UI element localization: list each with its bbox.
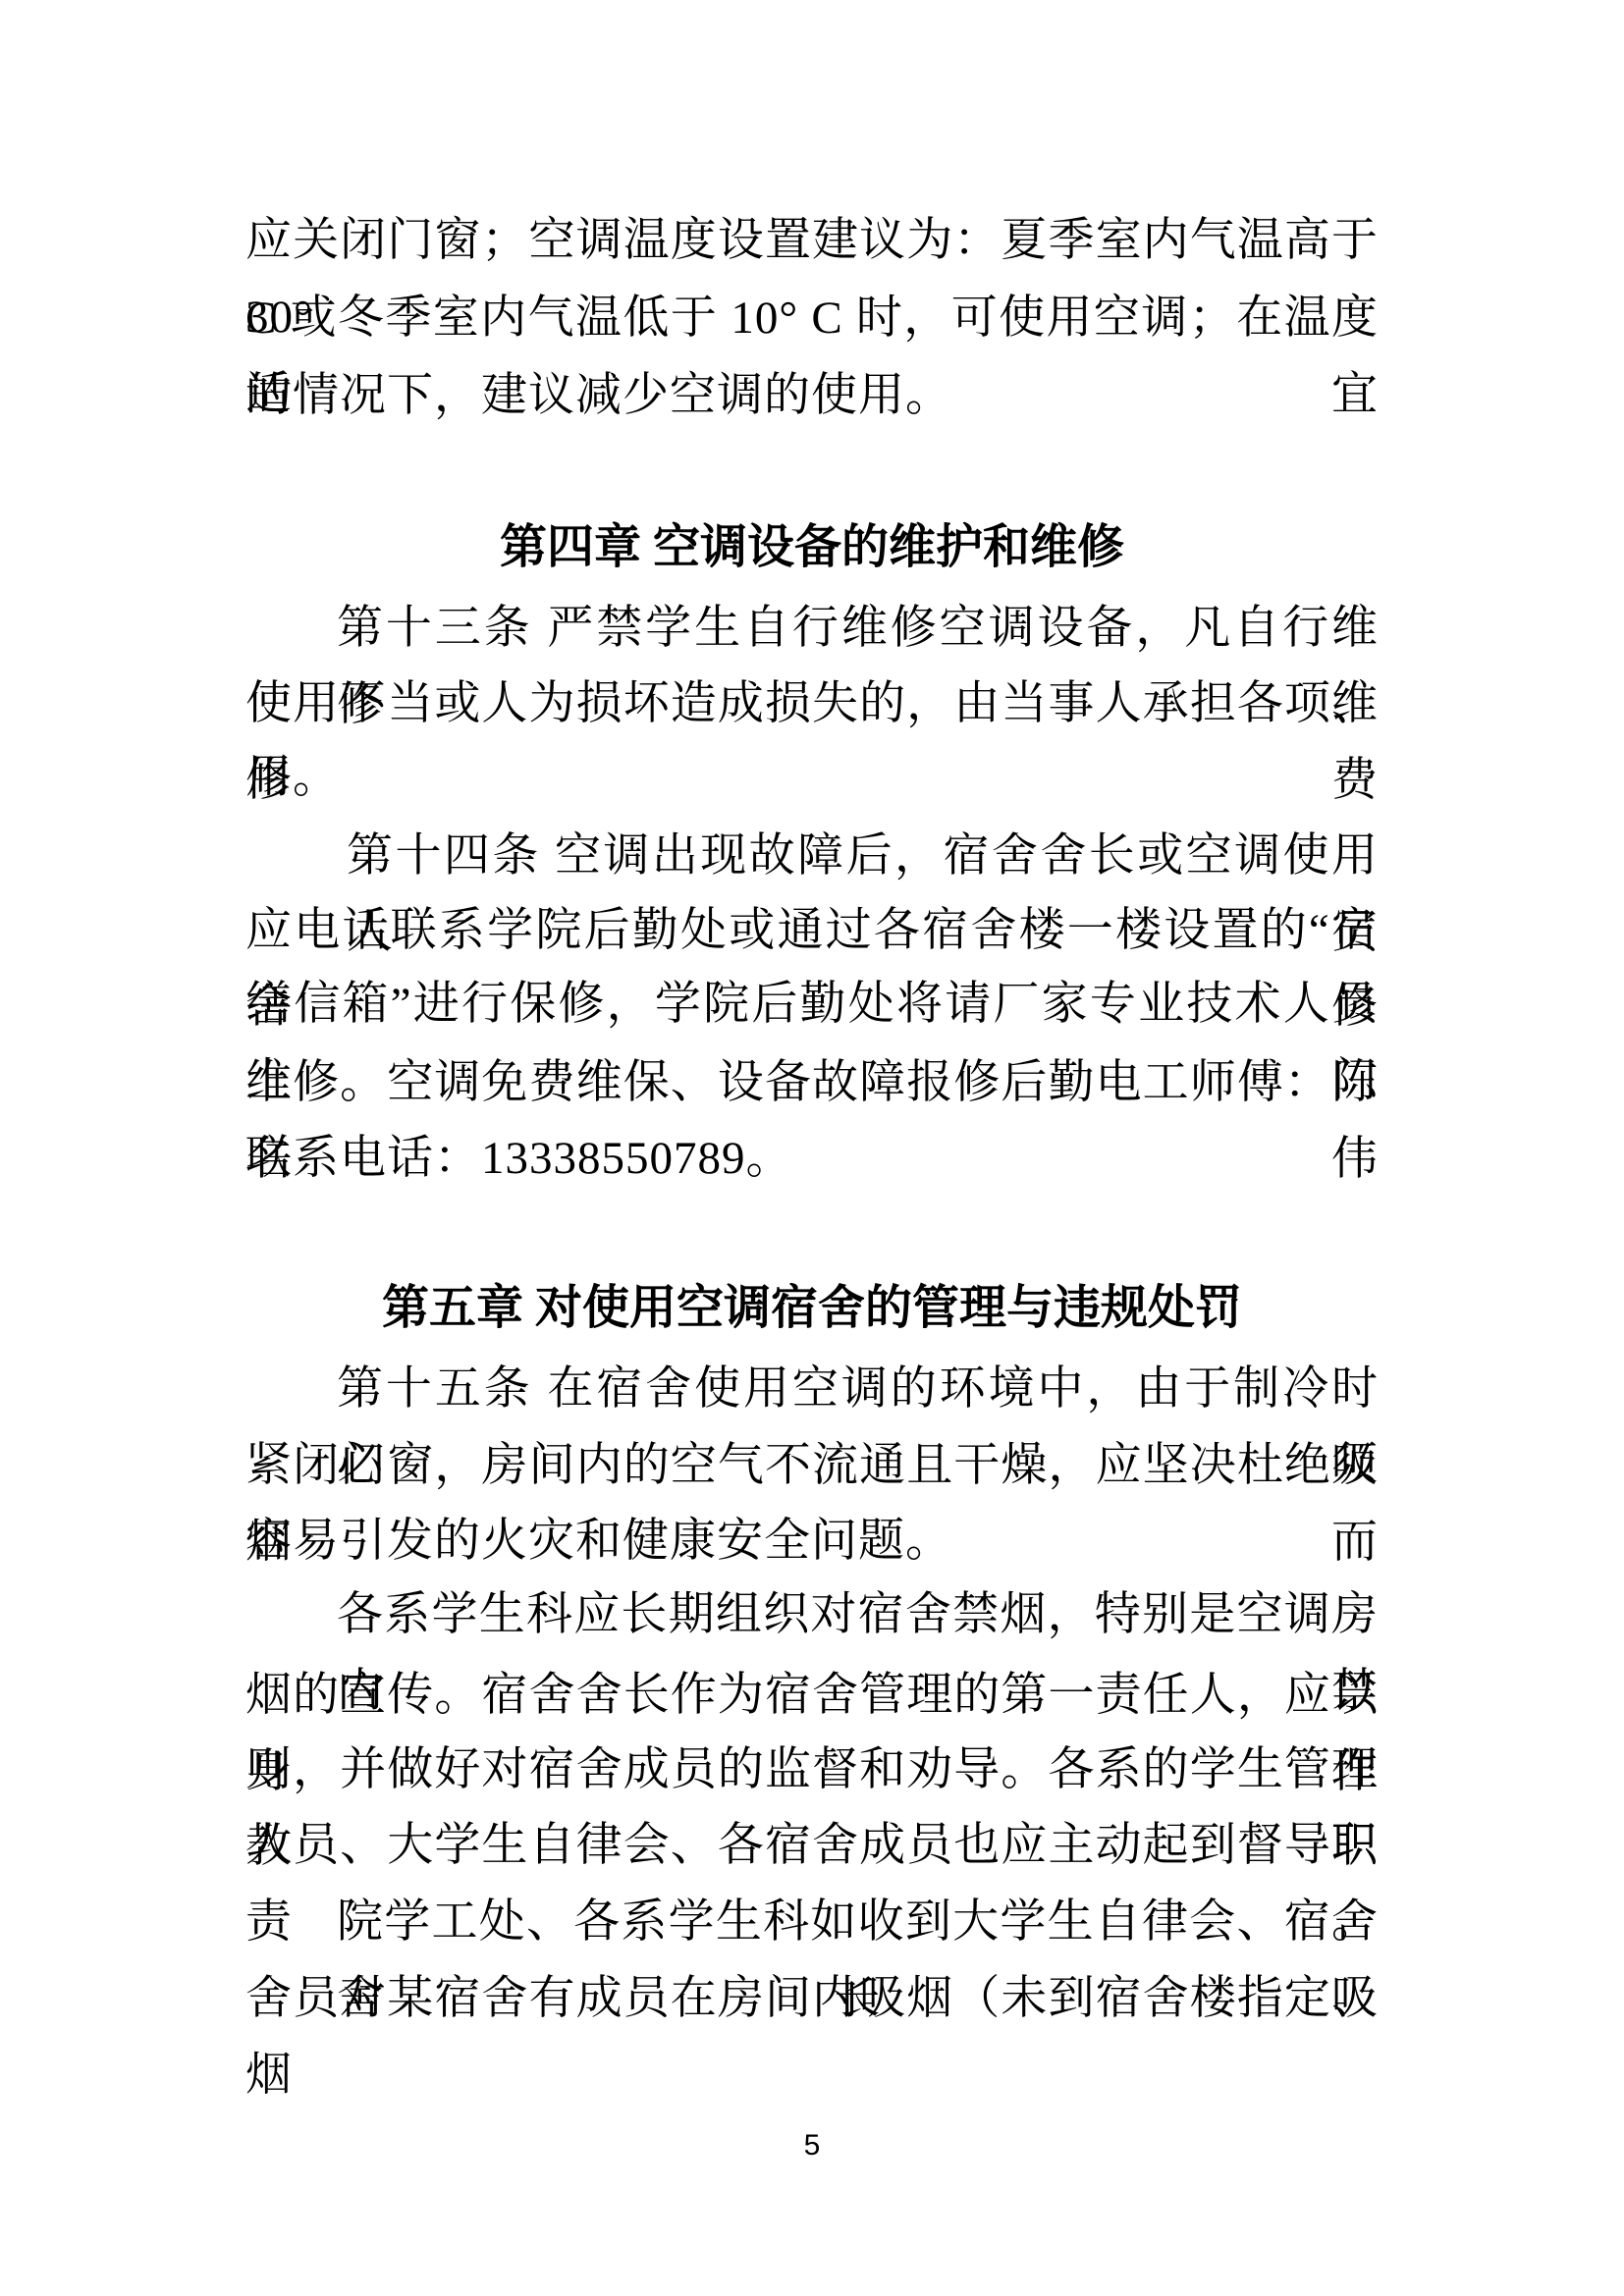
body-text-line: C 或冬季室内气温低于 10° C 时，可使用空调；在温度适宜 xyxy=(245,280,1379,356)
body-text-line: 人员、大学生自律会、各宿舍成员也应主动起到督导职责。 xyxy=(245,1807,1379,1884)
body-text-line: 院学工处、各系学生科如收到大学生自律会、宿舍舍长、 xyxy=(245,1884,1379,1960)
body-text-line: 应关闭门窗；空调温度设置建议为：夏季室内气温高于 30° xyxy=(245,202,1379,279)
body-text-line: 紧闭门窗，房间内的空气不流通且干燥，应坚决杜绝吸烟而 xyxy=(245,1427,1379,1504)
body-text-line: 维修。空调免费维保、设备故障报修后勤电工师傅：陈名伟 xyxy=(245,1044,1379,1121)
body-text-line: 第十三条 严禁学生自行维修空调设备，凡自行维修、 xyxy=(245,590,1379,667)
body-text-line: 烟的宣传。宿舍舍长作为宿舍管理的第一责任人，应以身作 xyxy=(245,1657,1379,1734)
body-text-line: 应电话联系学院后勤处或通过各宿舍楼一楼设置的“宿舍修 xyxy=(245,892,1379,969)
body-text-line: 用。 xyxy=(245,739,1379,816)
page-number: 5 xyxy=(0,2118,1624,2173)
body-text-line: 第十五条 在宿舍使用空调的环境中，由于制冷时必须 xyxy=(245,1351,1379,1427)
body-text-line: 缮信箱”进行保修，学院后勤处将请厂家专业技术人员上门 xyxy=(245,966,1379,1042)
chapter-heading: 第五章 对使用空调宿舍的管理与违规处罚 xyxy=(245,1270,1379,1347)
body-text-line: 第十四条 空调出现故障后，宿舍舍长或空调使用人员 xyxy=(245,818,1379,894)
document-page: 应关闭门窗；空调温度设置建议为：夏季室内气温高于 30° C 或冬季室内气温低于… xyxy=(0,0,1624,2296)
body-text-line: 使用不当或人为损坏造成损失的，由当事人承担各项维修费 xyxy=(245,666,1379,742)
body-text-line: 则，并做好对宿舍成员的监督和劝导。各系的学生管理教职 xyxy=(245,1732,1379,1808)
body-text-line: 联系电话：13338550789。 xyxy=(245,1120,1379,1197)
body-text-line: 各系学生科应长期组织对宿舍禁烟，特别是空调房内禁 xyxy=(245,1576,1379,1653)
chapter-heading: 第四章 空调设备的维护和维修 xyxy=(245,509,1379,586)
body-text-line: 的情况下，建议减少空调的使用。 xyxy=(245,357,1379,434)
body-text-line: 容易引发的火灾和健康安全问题。 xyxy=(245,1503,1379,1579)
body-text-line: 舍员对某宿舍有成员在房间内吸烟（未到宿舍楼指定吸烟 xyxy=(245,1960,1379,2037)
